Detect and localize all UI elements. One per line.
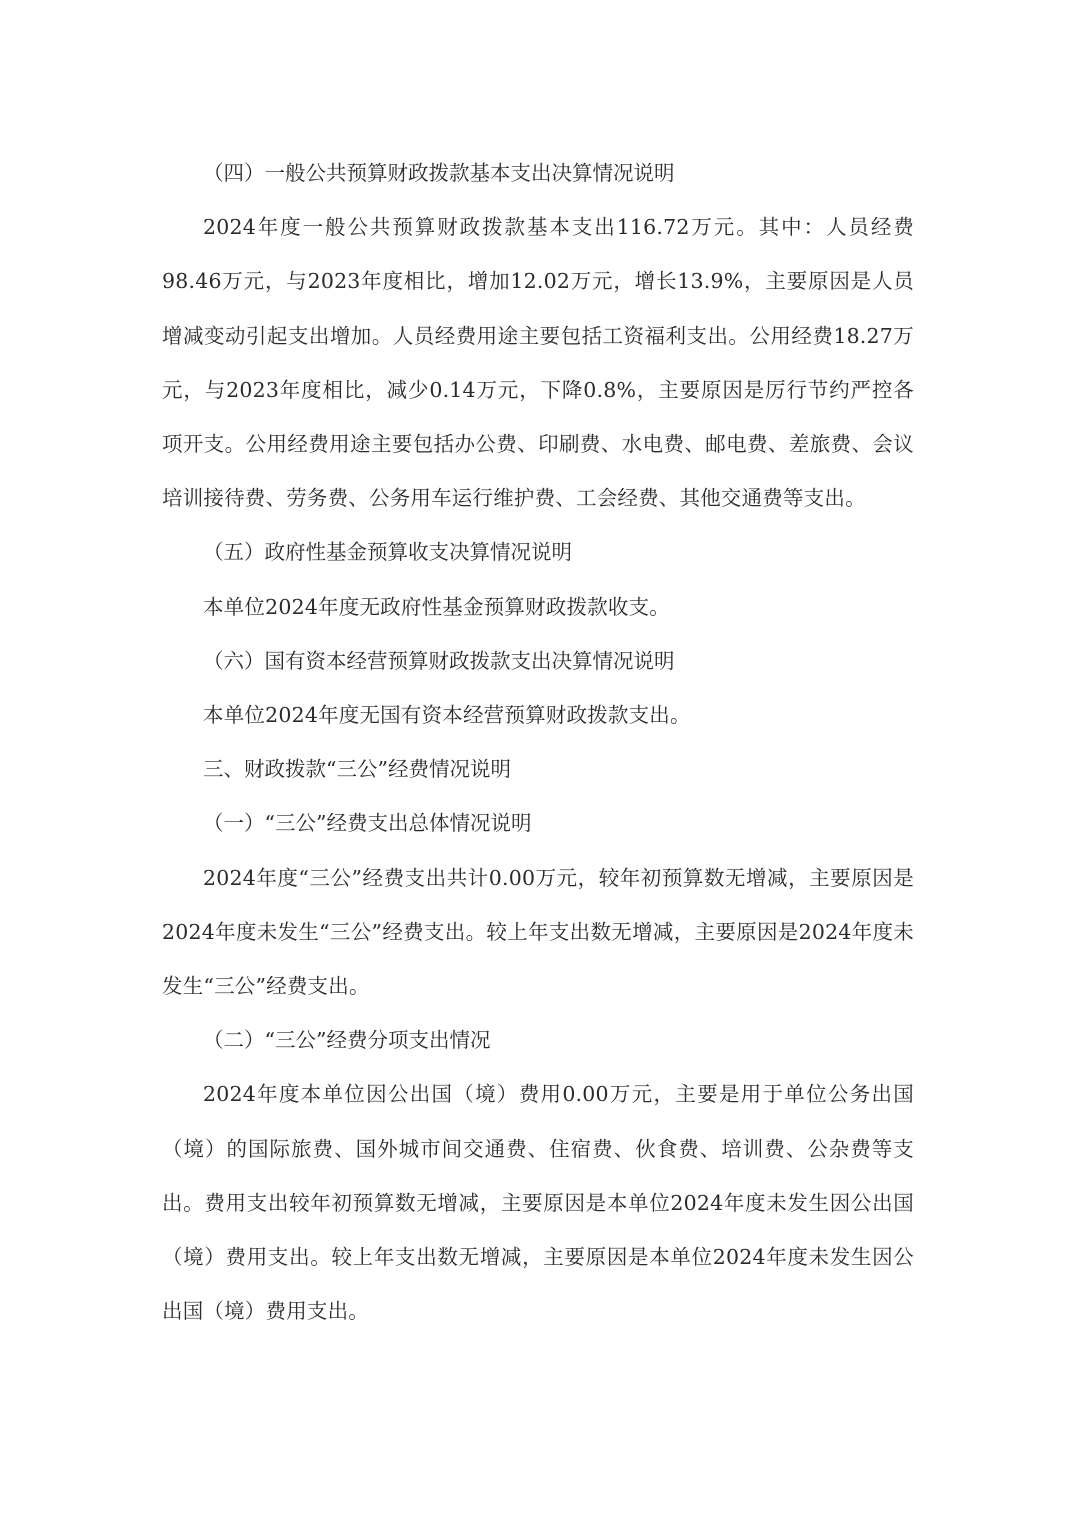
section-heading-government-fund-budget: （五）政府性基金预算收支决算情况说明	[162, 525, 914, 579]
chapter-heading-three-public-expenses: 三、财政拨款“三公”经费情况说明	[162, 742, 914, 796]
paragraph-basic-expenditure-details: 2024年度一般公共预算财政拨款基本支出116.72万元。其中：人员经费98.4…	[162, 200, 914, 525]
paragraph-government-fund-budget: 本单位2024年度无政府性基金预算财政拨款收支。	[162, 580, 914, 634]
paragraph-state-capital-budget: 本单位2024年度无国有资本经营预算财政拨款支出。	[162, 688, 914, 742]
document-page: （四）一般公共预算财政拨款基本支出决算情况说明 2024年度一般公共预算财政拨款…	[162, 146, 914, 1338]
paragraph-three-public-overall: 2024年度“三公”经费支出共计0.00万元，较年初预算数无增减，主要原因是20…	[162, 851, 914, 1014]
section-heading-three-public-overall: （一）“三公”经费支出总体情况说明	[162, 796, 914, 850]
section-heading-three-public-itemized: （二）“三公”经费分项支出情况	[162, 1013, 914, 1067]
section-heading-general-budget-basic-expenditure: （四）一般公共预算财政拨款基本支出决算情况说明	[162, 146, 914, 200]
paragraph-overseas-travel-expenses: 2024年度本单位因公出国（境）费用0.00万元，主要是用于单位公务出国（境）的…	[162, 1067, 914, 1338]
section-heading-state-capital-budget: （六）国有资本经营预算财政拨款支出决算情况说明	[162, 634, 914, 688]
